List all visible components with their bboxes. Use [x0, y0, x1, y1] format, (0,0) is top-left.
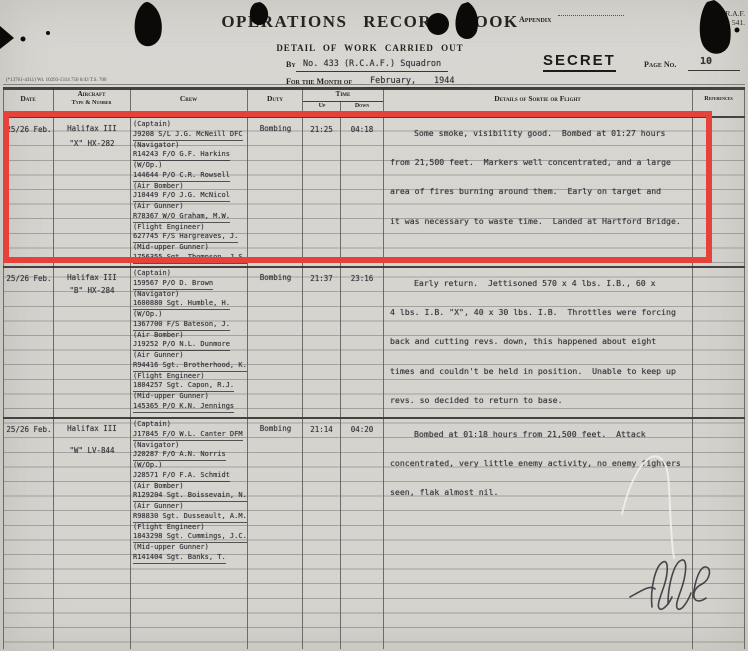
ink-triangle-left-edge — [0, 26, 14, 49]
crew-member-name: J28571 F/O F.A. Schmidt — [133, 471, 230, 482]
crew-member-name: J17845 F/O W.L. Canter DFM — [133, 430, 243, 441]
row-time-down: 04:18 — [341, 125, 383, 134]
header-time-down: Down — [341, 103, 383, 109]
crew-member-name: J19252 P/O N.L. Dunmore — [133, 340, 230, 351]
header-crew: Crew — [130, 94, 247, 103]
crew-member-name: 159567 P/O D. Brown — [133, 279, 213, 290]
row-aircraft-id: "X" HX-282 — [55, 139, 129, 148]
crew-role: (Navigator) — [133, 441, 245, 451]
crew-member: 1600880 Sgt. Humble, H. — [133, 299, 245, 310]
crew-member: R129204 Sgt. Boissevain, N. — [133, 491, 245, 502]
crew-member: 1756355 Sgt. Thompson, J.S. — [133, 253, 245, 264]
crew-role: (W/Op.) — [133, 461, 245, 471]
crew-role: (Air Bomber) — [133, 182, 245, 192]
year-underline — [430, 87, 470, 88]
row-aircraft-type: Halifax III — [55, 124, 129, 133]
page-subtitle: DETAIL OF WORK CARRIED OUT — [230, 43, 510, 53]
squadron-underline — [296, 71, 448, 72]
details-line: seen, flak almost nil. — [390, 487, 688, 516]
year-value: 1944 — [434, 76, 454, 86]
crew-role: (Navigator) — [133, 290, 245, 300]
ink-dot-1 — [21, 37, 26, 42]
crew-member-name: 1600880 Sgt. Humble, H. — [133, 299, 230, 310]
crew-role: (Air Gunner) — [133, 502, 245, 512]
details-line: times and couldn't be held in position. … — [390, 366, 688, 395]
row-duty: Bombing — [248, 273, 303, 282]
page-number-value: 10 — [700, 56, 712, 67]
header-references: References — [692, 95, 745, 102]
crew-role: (Air Gunner) — [133, 202, 245, 212]
crew-member-name: R14243 F/O G.F. Harkins — [133, 150, 230, 161]
header-time: Time — [303, 90, 383, 98]
crew-member: 144644 P/O C.R. Rowsell — [133, 171, 245, 182]
crew-member-name: 1756355 Sgt. Thompson, J.S. — [133, 253, 247, 264]
by-label: By — [286, 60, 296, 69]
print-code: (*13761-4311) Wt. 10293-1314 750 6/43 T.… — [6, 78, 107, 83]
details-line: Early return. Jettisoned 570 x 4 lbs. I.… — [390, 278, 688, 307]
header-date: Date — [2, 94, 54, 103]
crew-role: (Navigator) — [133, 141, 245, 151]
details-line: area of fires burning around them. Early… — [390, 186, 688, 215]
appendix-label: Appendix — [519, 15, 551, 24]
header-details: Details of Sortie or Flight — [383, 94, 692, 103]
row-date: 25/26 Feb. — [4, 425, 54, 434]
crew-member: J17845 F/O W.L. Canter DFM — [133, 430, 245, 441]
appendix-dotted-line — [558, 15, 624, 16]
crew-member-name: 1367700 F/S Bateson, J. — [133, 320, 230, 331]
row-details: Some smoke, visibility good. Bombed at 0… — [390, 128, 688, 245]
crew-member-name: J20287 F/O A.N. Norris — [133, 450, 226, 461]
crew-member: 1843298 Sgt. Cummings, J.C. — [133, 532, 245, 543]
row-crew-list: (Captain)159567 P/O D. Brown(Navigator)1… — [133, 269, 245, 413]
row-time-up: 21:25 — [303, 125, 340, 134]
crew-member: J10449 F/O J.G. McNicol — [133, 191, 245, 202]
crew-role: (Flight Engineer) — [133, 223, 245, 233]
page-number-underline — [688, 70, 740, 71]
page-title: OPERATIONS RECORD BOOK — [160, 12, 580, 32]
row-time-up: 21:37 — [303, 274, 340, 283]
crew-member-name: 1804257 Sgt. Capon, R.J. — [133, 381, 234, 392]
crew-member: J9208 S/L J.G. McNeill DFC — [133, 130, 245, 141]
row-time-down: 23:16 — [341, 274, 383, 283]
row-duty: Bombing — [248, 124, 303, 133]
crew-member-name: 1843298 Sgt. Cummings, J.C. — [133, 532, 247, 543]
header-time-up: Up — [303, 103, 341, 109]
row-aircraft-id: "W" LV-844 — [55, 446, 129, 455]
header-aircraft-line2: Type & Number — [53, 99, 130, 106]
crew-member: 1804257 Sgt. Capon, R.J. — [133, 381, 245, 392]
squadron-name: No. 433 (R.C.A.F.) Squadron — [303, 59, 441, 69]
crew-member: R141404 Sgt. Banks, T. — [133, 553, 245, 564]
crew-role: (Air Gunner) — [133, 351, 245, 361]
crew-member: 1367700 F/S Bateson, J. — [133, 320, 245, 331]
details-line: revs. so decided to return to base. — [390, 395, 688, 424]
crew-role: (Air Bomber) — [133, 331, 245, 341]
crew-member-name: 145365 P/O K.N. Jennings — [133, 402, 234, 413]
crew-role: (Captain) — [133, 269, 245, 279]
month-underline — [366, 87, 428, 88]
details-line: Some smoke, visibility good. Bombed at 0… — [390, 128, 688, 157]
row-aircraft-type: Halifax III — [55, 273, 129, 282]
details-line: from 21,500 feet. Markers well concentra… — [390, 157, 688, 186]
crew-member-name: R78367 W/O Graham, M.W. — [133, 212, 230, 223]
crew-member-name: R98830 Sgt. Dusseault, A.M. — [133, 512, 247, 523]
crew-member-name: J9208 S/L J.G. McNeill DFC — [133, 130, 243, 141]
row-aircraft-type: Halifax III — [55, 424, 129, 433]
row-date: 25/26 Feb. — [4, 125, 54, 134]
crew-member-name: R141404 Sgt. Banks, T. — [133, 553, 226, 564]
form-ref-number: Form 541. — [693, 18, 745, 27]
details-line: 4 lbs. I.B. "X", 40 x 30 lbs. I.B. Throt… — [390, 307, 688, 336]
time-split-rule — [303, 101, 383, 102]
row-details: Early return. Jettisoned 570 x 4 lbs. I.… — [390, 278, 688, 424]
row-details: Bombed at 01:18 hours from 21,500 feet. … — [390, 429, 688, 517]
row-aircraft-id: "B" HX-284 — [55, 286, 129, 295]
crew-member: R94416 Sgt. Brotherhood, K. — [133, 361, 245, 372]
ink-dot-3 — [735, 28, 740, 33]
ink-blot-left — [135, 2, 162, 46]
page-number-label: Page No. — [644, 60, 676, 69]
crew-role: (W/Op.) — [133, 310, 245, 320]
details-line: it was necessary to waste time. Landed a… — [390, 216, 688, 245]
crew-member: J20287 F/O A.N. Norris — [133, 450, 245, 461]
crew-member-name: R129204 Sgt. Boissevain, N. — [133, 491, 247, 502]
row-crew-list: (Captain)J17845 F/O W.L. Canter DFM(Navi… — [133, 420, 245, 564]
header-aircraft-line1: Aircraft — [53, 90, 130, 98]
details-line: back and cutting revs. down, this happen… — [390, 336, 688, 365]
crew-member: J19252 P/O N.L. Dunmore — [133, 340, 245, 351]
secret-stamp: SECRET — [543, 52, 616, 72]
crew-member: 145365 P/O K.N. Jennings — [133, 402, 245, 413]
crew-member: 159567 P/O D. Brown — [133, 279, 245, 290]
crew-member: R78367 W/O Graham, M.W. — [133, 212, 245, 223]
row-time-down: 04:20 — [341, 425, 383, 434]
crew-role: (Mid-upper Gunner) — [133, 243, 245, 253]
crew-role: (Flight Engineer) — [133, 523, 245, 533]
ink-dot-2 — [46, 31, 50, 35]
form-reference: R.A.F. Form 541. — [693, 9, 745, 27]
row-date: 25/26 Feb. — [4, 274, 54, 283]
crew-member: J28571 F/O F.A. Schmidt — [133, 471, 245, 482]
form-ref-raf: R.A.F. — [693, 9, 745, 18]
crew-member: R14243 F/O G.F. Harkins — [133, 150, 245, 161]
crew-role: (Mid-upper Gunner) — [133, 392, 245, 402]
crew-role: (Mid-upper Gunner) — [133, 543, 245, 553]
crew-member: 627745 F/S Hargreaves, J. — [133, 232, 245, 243]
month-label: For the Month of — [286, 77, 352, 86]
row-time-up: 21:14 — [303, 425, 340, 434]
crew-member-name: J10449 F/O J.G. McNicol — [133, 191, 230, 202]
crew-member-name: R94416 Sgt. Brotherhood, K. — [133, 361, 247, 372]
header-duty: Duty — [247, 94, 303, 103]
details-line: Bombed at 01:18 hours from 21,500 feet. … — [390, 429, 688, 458]
crew-role: (Air Bomber) — [133, 482, 245, 492]
row-duty: Bombing — [248, 424, 303, 433]
crew-role: (W/Op.) — [133, 161, 245, 171]
crew-role: (Flight Engineer) — [133, 372, 245, 382]
scanned-operations-record-book-page: OPERATIONS RECORD BOOK DETAIL OF WORK CA… — [0, 0, 748, 651]
crew-member: R98830 Sgt. Dusseault, A.M. — [133, 512, 245, 523]
month-value: February, — [370, 76, 416, 86]
crew-role: (Captain) — [133, 420, 245, 430]
crew-member-name: 627745 F/S Hargreaves, J. — [133, 232, 238, 243]
crew-role: (Captain) — [133, 120, 245, 130]
crew-member-name: 144644 P/O C.R. Rowsell — [133, 171, 230, 182]
details-line: concentrated, very little enemy activity… — [390, 458, 688, 487]
row-crew-list: (Captain)J9208 S/L J.G. McNeill DFC(Navi… — [133, 120, 245, 264]
